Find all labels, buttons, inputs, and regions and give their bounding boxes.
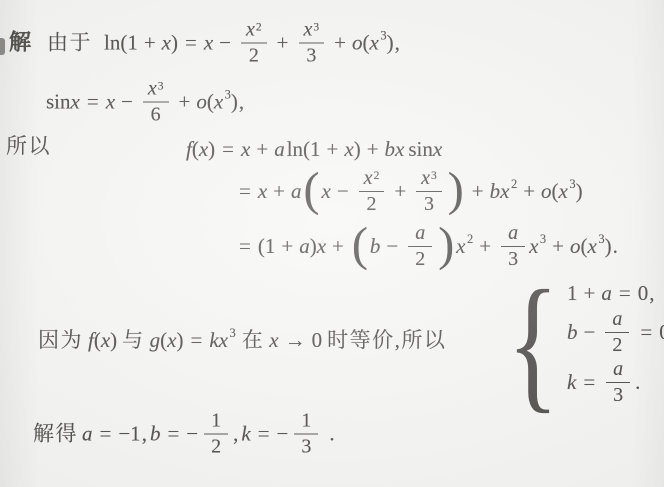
system-row-1: 1+a=0, bbox=[567, 281, 664, 306]
sin-expansion-line: sinx=x−x36+o(x3), bbox=[46, 79, 247, 126]
fx-substitution-line: =x+a(x−x22+x33)+bx2+o(x3) bbox=[239, 167, 583, 215]
system-row-2: b−a2=0, bbox=[567, 309, 664, 356]
ln-expansion-line: 由于ln(1+x)=x−x22+x33+o(x3), bbox=[47, 20, 403, 67]
therefore-label: 所以 bbox=[6, 134, 51, 158]
fx-collected-line: =(1+a)x+(b−a2)x2+a3x3+o(x3). bbox=[239, 222, 621, 270]
system-rows: 1+a=0, b−a2=0, k=a3. bbox=[567, 281, 664, 406]
final-answer-line: 解得a=−1,b=−12,k=−13. bbox=[33, 411, 338, 458]
system-brace: { bbox=[507, 271, 559, 415]
equation-system: { 1+a=0, b−a2=0, k=a3. bbox=[497, 271, 664, 415]
system-row-3: k=a3. bbox=[567, 359, 664, 406]
scanned-solution-page: 解 由于ln(1+x)=x−x22+x33+o(x3), sinx=x−x36+… bbox=[0, 0, 664, 487]
scan-artifact bbox=[0, 38, 5, 55]
equivalence-condition-line: 因为f(x)与g(x)=kx3在x→0时等价,所以 bbox=[38, 328, 446, 352]
fx-definition-line: f(x)=x+aln(1+x)+bxsinx bbox=[186, 137, 442, 161]
solution-label: 解 bbox=[9, 29, 33, 54]
